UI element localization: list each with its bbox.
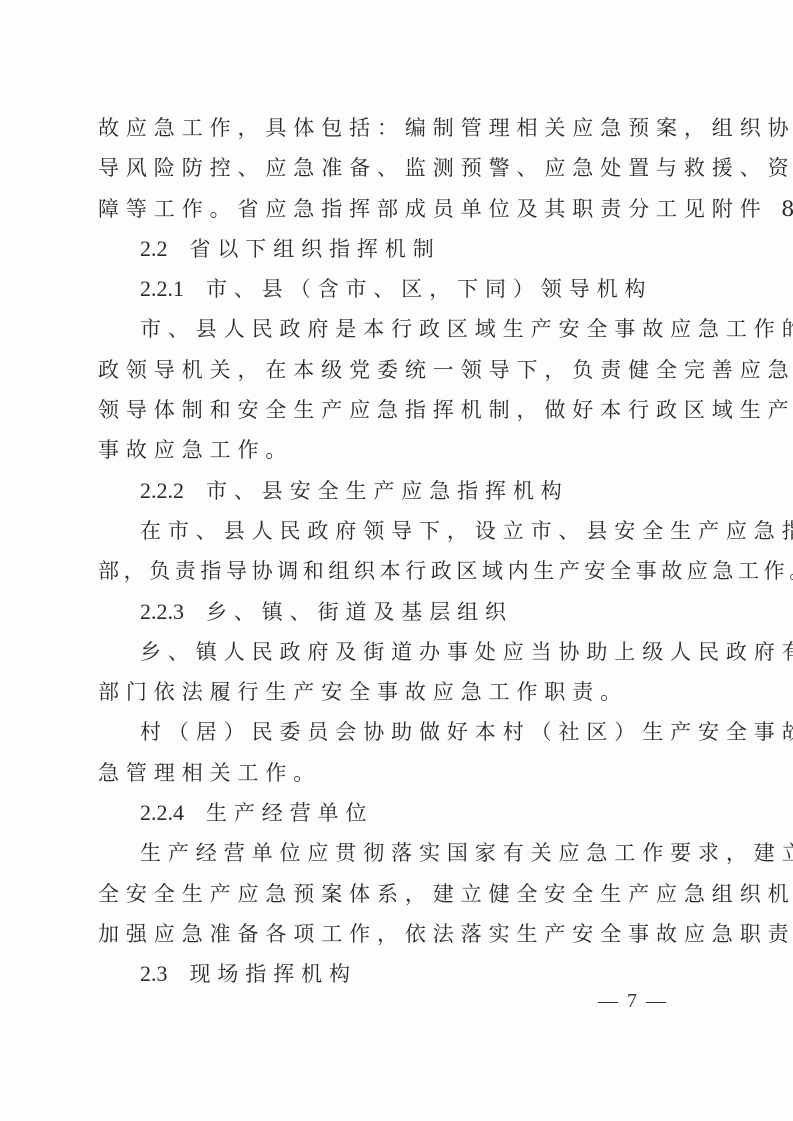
paragraph-start: 市、县人民政府是本行政区域生产安全事故应急工作的行 bbox=[98, 309, 698, 349]
section-heading-2-2-1: 2.2.1市、县（含市、区，下同）领导机构 bbox=[98, 269, 698, 309]
section-number: 2.2.2 bbox=[140, 471, 184, 511]
section-number: 2.2.4 bbox=[140, 793, 184, 833]
section-title: 乡、镇、街道及基层组织 bbox=[206, 600, 513, 624]
text-line: 急管理相关工作。 bbox=[98, 753, 698, 793]
text-line: 障等工作。省应急指挥部成员单位及其职责分工见附件 8.2。 bbox=[98, 189, 698, 229]
text-line: 加强应急准备各项工作，依法落实生产安全事故应急职责。 bbox=[98, 914, 698, 954]
section-number: 2.2.3 bbox=[140, 592, 184, 632]
page-number: — 7 — bbox=[598, 990, 668, 1013]
section-title: 市、县安全生产应急指挥机构 bbox=[206, 479, 569, 503]
text-line: 全安全生产应急预案体系，建立健全安全生产应急组织机构， bbox=[98, 874, 698, 914]
body-text: 故应急工作，具体包括：编制管理相关应急预案，组织协调指 导风险防控、应急准备、监… bbox=[98, 108, 698, 995]
section-number: 2.2 bbox=[140, 229, 168, 269]
text-line: 事故应急工作。 bbox=[98, 430, 698, 470]
document-page: 故应急工作，具体包括：编制管理相关应急预案，组织协调指 导风险防控、应急准备、监… bbox=[0, 0, 793, 1121]
section-heading-2-3: 2.3现场指挥机构 bbox=[98, 954, 698, 994]
text-line: 领导体制和安全生产应急指挥机制，做好本行政区域生产安全 bbox=[98, 390, 698, 430]
section-title: 市、县（含市、区，下同）领导机构 bbox=[206, 277, 652, 301]
section-title: 省以下组织指挥机制 bbox=[190, 237, 441, 261]
text-line: 导风险防控、应急准备、监测预警、应急处置与救援、资源保 bbox=[98, 148, 698, 188]
section-heading-2-2-2: 2.2.2市、县安全生产应急指挥机构 bbox=[98, 471, 698, 511]
section-title: 生产经营单位 bbox=[206, 801, 373, 825]
section-number: 2.3 bbox=[140, 954, 168, 994]
text-line: 部门依法履行生产安全事故应急工作职责。 bbox=[98, 672, 698, 712]
section-heading-2-2-4: 2.2.4生产经营单位 bbox=[98, 793, 698, 833]
paragraph-start: 生产经营单位应贯彻落实国家有关应急工作要求，建立健 bbox=[98, 833, 698, 873]
text-line: 部，负责指导协调和组织本行政区域内生产安全事故应急工作。 bbox=[98, 551, 698, 591]
section-heading-2-2-3: 2.2.3乡、镇、街道及基层组织 bbox=[98, 592, 698, 632]
paragraph-start: 乡、镇人民政府及街道办事处应当协助上级人民政府有关 bbox=[98, 632, 698, 672]
text-line: 政领导机关，在本级党委统一领导下，负责健全完善应急管理 bbox=[98, 350, 698, 390]
text-line: 故应急工作，具体包括：编制管理相关应急预案，组织协调指 bbox=[98, 108, 698, 148]
section-number: 2.2.1 bbox=[140, 269, 184, 309]
paragraph-start: 在市、县人民政府领导下，设立市、县安全生产应急指挥 bbox=[98, 511, 698, 551]
section-heading-2-2: 2.2省以下组织指挥机制 bbox=[98, 229, 698, 269]
paragraph-start: 村（居）民委员会协助做好本村（社区）生产安全事故应 bbox=[98, 712, 698, 752]
section-title: 现场指挥机构 bbox=[190, 962, 357, 986]
